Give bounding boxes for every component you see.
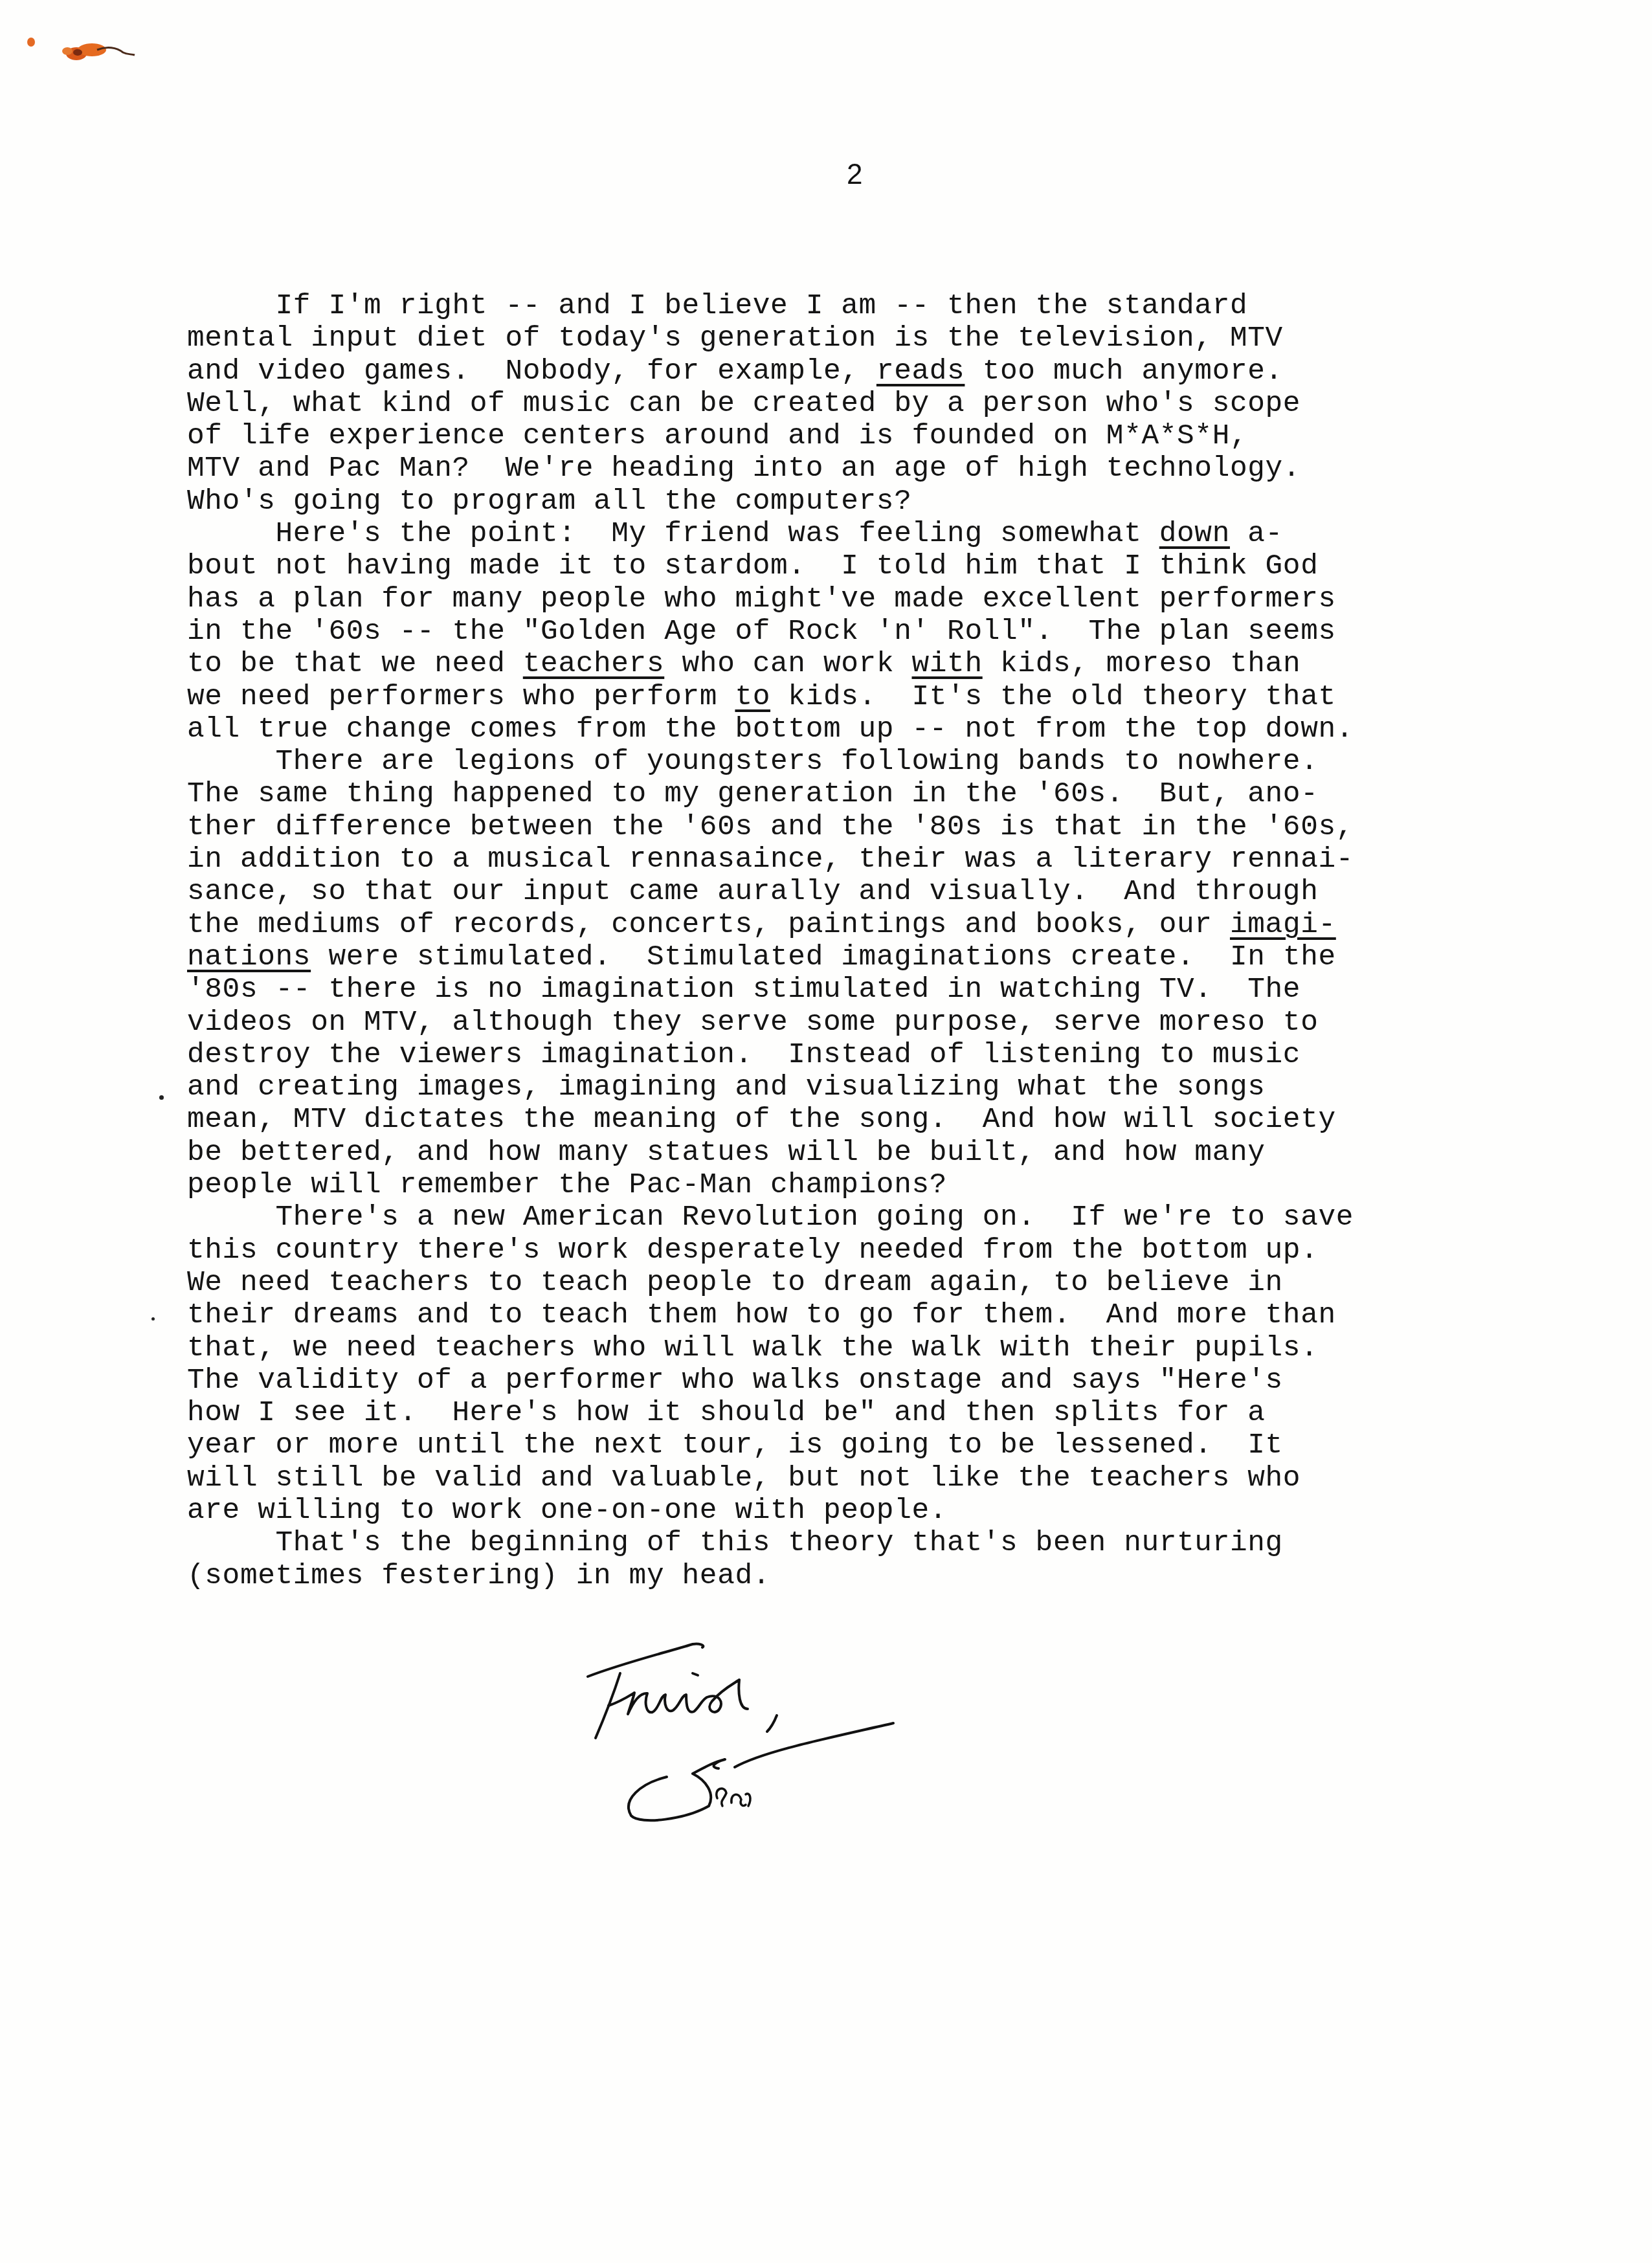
text-segment: were stimulated. Stimulated imaginations… <box>311 941 1336 974</box>
underlined-word: with <box>912 648 983 680</box>
underlined-word: nations <box>187 941 311 974</box>
handwritten-signature: Friend, <box>570 1618 958 1838</box>
text-segment: how I see it. Here's how it should be" a… <box>187 1397 1266 1429</box>
text-line: ther difference between the '60s and the… <box>187 811 1546 843</box>
text-segment: ther difference between the '60s and the… <box>187 811 1354 843</box>
text-line: the mediums of records, concerts, painti… <box>187 909 1546 941</box>
text-segment: in the '60s -- the "Golden Age of Rock '… <box>187 616 1336 648</box>
text-segment: the mediums of records, concerts, painti… <box>187 909 1230 941</box>
text-segment: videos on MTV, although they serve some … <box>187 1007 1318 1039</box>
text-line: to be that we need teachers who can work… <box>187 648 1546 680</box>
text-segment: and video games. Nobody, for example, <box>187 355 876 388</box>
text-segment: We need teachers to teach people to drea… <box>187 1267 1283 1299</box>
text-segment: a- <box>1230 518 1283 550</box>
text-line: are willing to work one-on-one with peop… <box>187 1495 1546 1527</box>
rust-stain-mark <box>26 36 136 61</box>
text-line: mean, MTV dictates the meaning of the so… <box>187 1104 1546 1136</box>
text-line: year or more until the next tour, is goi… <box>187 1429 1546 1462</box>
text-line: We need teachers to teach people to drea… <box>187 1267 1546 1299</box>
text-segment: mental input diet of today's generation … <box>187 322 1283 355</box>
text-segment: people will remember the Pac-Man champio… <box>187 1169 947 1201</box>
text-line: mental input diet of today's generation … <box>187 322 1546 355</box>
text-segment: be bettered, and how many statues will b… <box>187 1137 1266 1169</box>
text-line: and creating images, imagining and visua… <box>187 1071 1546 1104</box>
text-line: destroy the viewers imagination. Instead… <box>187 1039 1546 1071</box>
text-segment: sance, so that our input came aurally an… <box>187 876 1318 908</box>
text-line: people will remember the Pac-Man champio… <box>187 1169 1546 1201</box>
text-line: The same thing happened to my generation… <box>187 778 1546 810</box>
text-segment: that, we need teachers who will walk the… <box>187 1332 1318 1365</box>
text-segment: all true change comes from the bottom up… <box>187 713 1354 746</box>
text-line: we need performers who perform to kids. … <box>187 681 1546 713</box>
text-segment: of life experience centers around and is… <box>187 420 1247 452</box>
text-segment: too much anymore. <box>965 355 1282 388</box>
underlined-word: reads <box>876 355 965 388</box>
paragraph-first-line: That's the beginning of this theory that… <box>187 1527 1546 1559</box>
text-segment: (sometimes festering) in my head. <box>187 1560 770 1592</box>
text-segment: this country there's work desperately ne… <box>187 1234 1318 1267</box>
text-segment: The same thing happened to my generation… <box>187 778 1318 810</box>
text-line: has a plan for many people who might've … <box>187 583 1546 616</box>
text-line: in the '60s -- the "Golden Age of Rock '… <box>187 616 1546 648</box>
text-segment: destroy the viewers imagination. Instead… <box>187 1039 1300 1071</box>
text-line: MTV and Pac Man? We're heading into an a… <box>187 452 1546 485</box>
text-segment: bout not having made it to stardom. I to… <box>187 550 1318 583</box>
text-line: that, we need teachers who will walk the… <box>187 1332 1546 1365</box>
text-line: Well, what kind of music can be created … <box>187 388 1546 420</box>
text-line: '80s -- there is no imagination stimulat… <box>187 974 1546 1006</box>
text-segment: are willing to work one-on-one with peop… <box>187 1495 947 1527</box>
text-line: of life experience centers around and is… <box>187 420 1546 452</box>
margin-mark <box>159 1095 164 1100</box>
text-line: be bettered, and how many statues will b… <box>187 1137 1546 1169</box>
text-segment: kids. It's the old theory that <box>770 681 1336 713</box>
text-segment: That's the beginning of this theory that… <box>187 1527 1283 1559</box>
text-line: their dreams and to teach them how to go… <box>187 1299 1546 1332</box>
text-line: will still be valid and valuable, but no… <box>187 1462 1546 1495</box>
text-segment: There's a new American Revolution going … <box>187 1201 1354 1234</box>
text-segment: year or more until the next tour, is goi… <box>187 1429 1283 1462</box>
text-line: nations were stimulated. Stimulated imag… <box>187 941 1546 974</box>
text-segment: their dreams and to teach them how to go… <box>187 1299 1336 1332</box>
text-line: this country there's work desperately ne… <box>187 1234 1546 1267</box>
text-segment: Who's going to program all the computers… <box>187 485 911 518</box>
paragraph-first-line: There are legions of youngsters followin… <box>187 746 1546 778</box>
underlined-word: down <box>1159 518 1230 550</box>
paragraph-first-line: Here's the point: My friend was feeling … <box>187 518 1546 550</box>
text-segment: kids, moreso than <box>983 648 1300 680</box>
text-segment: who can work <box>664 648 911 680</box>
text-segment: mean, MTV dictates the meaning of the so… <box>187 1104 1336 1136</box>
text-line: sance, so that our input came aurally an… <box>187 876 1546 908</box>
text-segment: we need performers who perform <box>187 681 735 713</box>
text-line: (sometimes festering) in my head. <box>187 1560 1546 1592</box>
margin-mark <box>151 1317 155 1321</box>
underlined-word: imagi- <box>1230 909 1336 941</box>
page-number: 2 <box>847 159 862 191</box>
paragraph-first-line: If I'm right -- and I believe I am -- th… <box>187 290 1546 322</box>
text-line: Who's going to program all the computers… <box>187 485 1546 518</box>
text-segment: The validity of a performer who walks on… <box>187 1365 1283 1397</box>
text-line: all true change comes from the bottom up… <box>187 713 1546 746</box>
text-segment: has a plan for many people who might've … <box>187 583 1336 616</box>
text-segment: There are legions of youngsters followin… <box>187 746 1318 778</box>
text-segment: MTV and Pac Man? We're heading into an a… <box>187 452 1300 485</box>
text-line: in addition to a musical rennasaince, th… <box>187 843 1546 876</box>
text-segment: '80s -- there is no imagination stimulat… <box>187 974 1300 1006</box>
text-line: The validity of a performer who walks on… <box>187 1365 1546 1397</box>
text-segment: and creating images, imagining and visua… <box>187 1071 1266 1104</box>
text-segment: Well, what kind of music can be created … <box>187 388 1300 420</box>
text-segment: will still be valid and valuable, but no… <box>187 1462 1300 1495</box>
text-line: and video games. Nobody, for example, re… <box>187 355 1546 388</box>
text-segment: in addition to a musical rennasaince, th… <box>187 843 1354 876</box>
text-segment: Here's the point: My friend was feeling … <box>187 518 1159 550</box>
text-segment: to be that we need <box>187 648 523 680</box>
paragraph-first-line: There's a new American Revolution going … <box>187 1201 1546 1234</box>
underlined-word: teachers <box>523 648 664 680</box>
text-line: how I see it. Here's how it should be" a… <box>187 1397 1546 1429</box>
letter-page: 2 If I'm right -- and I believe I am -- … <box>0 0 1652 2263</box>
text-segment: If I'm right -- and I believe I am -- th… <box>187 290 1247 322</box>
underlined-word: to <box>735 681 770 713</box>
text-line: bout not having made it to stardom. I to… <box>187 550 1546 583</box>
text-line: videos on MTV, although they serve some … <box>187 1007 1546 1039</box>
letter-body: If I'm right -- and I believe I am -- th… <box>187 290 1546 1592</box>
